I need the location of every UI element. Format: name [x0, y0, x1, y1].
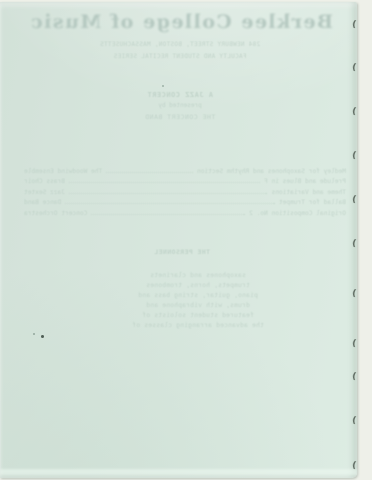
- program-title: Prelude and Blues in F: [264, 178, 346, 185]
- program-title: Theme and Variations: [271, 189, 346, 196]
- program-row: Prelude and Blues in F Brass Choir: [24, 177, 346, 187]
- paper-bottom-edge-highlight: [0, 469, 357, 475]
- program-performer: Concert Orchestra: [24, 210, 87, 217]
- paragraph-line: piano, guitar, string bass and: [42, 291, 354, 301]
- program-row: Medley for Saxophones and Rhythm Section…: [24, 167, 346, 177]
- program-performer: The Woodwind Ensemble: [24, 168, 102, 175]
- program-performer: Dance Band: [24, 199, 61, 206]
- ink-speck: [41, 335, 44, 338]
- bleed-personnel-paragraph: saxophones and clarinets trumpets, horns…: [42, 271, 354, 331]
- program-title: Medley for Saxophones and Rhythm Section: [197, 168, 346, 175]
- program-performer: Jazz Sextet: [24, 189, 65, 196]
- program-row: Original Composition No. 2 Concert Orche…: [24, 209, 346, 219]
- paragraph-line: the advanced arranging classes of: [42, 321, 354, 331]
- program-performer: Brass Choir: [24, 178, 65, 185]
- paragraph-line: saxophones and clarinets: [42, 271, 354, 281]
- paper-page: [0, 2, 357, 478]
- paragraph-line: featured student soloists of: [42, 311, 354, 321]
- bleed-program-list: Medley for Saxophones and Rhythm Section…: [24, 167, 346, 219]
- dot-leader: [69, 177, 260, 183]
- paper-fleck: [162, 85, 164, 87]
- program-title: Original Composition No. 2: [249, 210, 346, 217]
- program-row: Theme and Variations Jazz Sextet: [24, 188, 346, 198]
- dot-leader: [106, 167, 193, 173]
- dot-leader: [65, 198, 275, 204]
- dot-leader: [69, 188, 268, 194]
- scanned-page-background: { "document": { "kind": "scanned concert…: [0, 0, 372, 480]
- program-title: Ballad for Trumpet: [279, 199, 346, 206]
- dot-leader: [91, 209, 245, 215]
- paragraph-line: trumpets, horns, trombones: [42, 281, 354, 291]
- ink-speck: [33, 333, 35, 335]
- program-row: Ballad for Trumpet Dance Band: [24, 198, 346, 208]
- paragraph-line: drums, with vibraphone and: [42, 301, 354, 311]
